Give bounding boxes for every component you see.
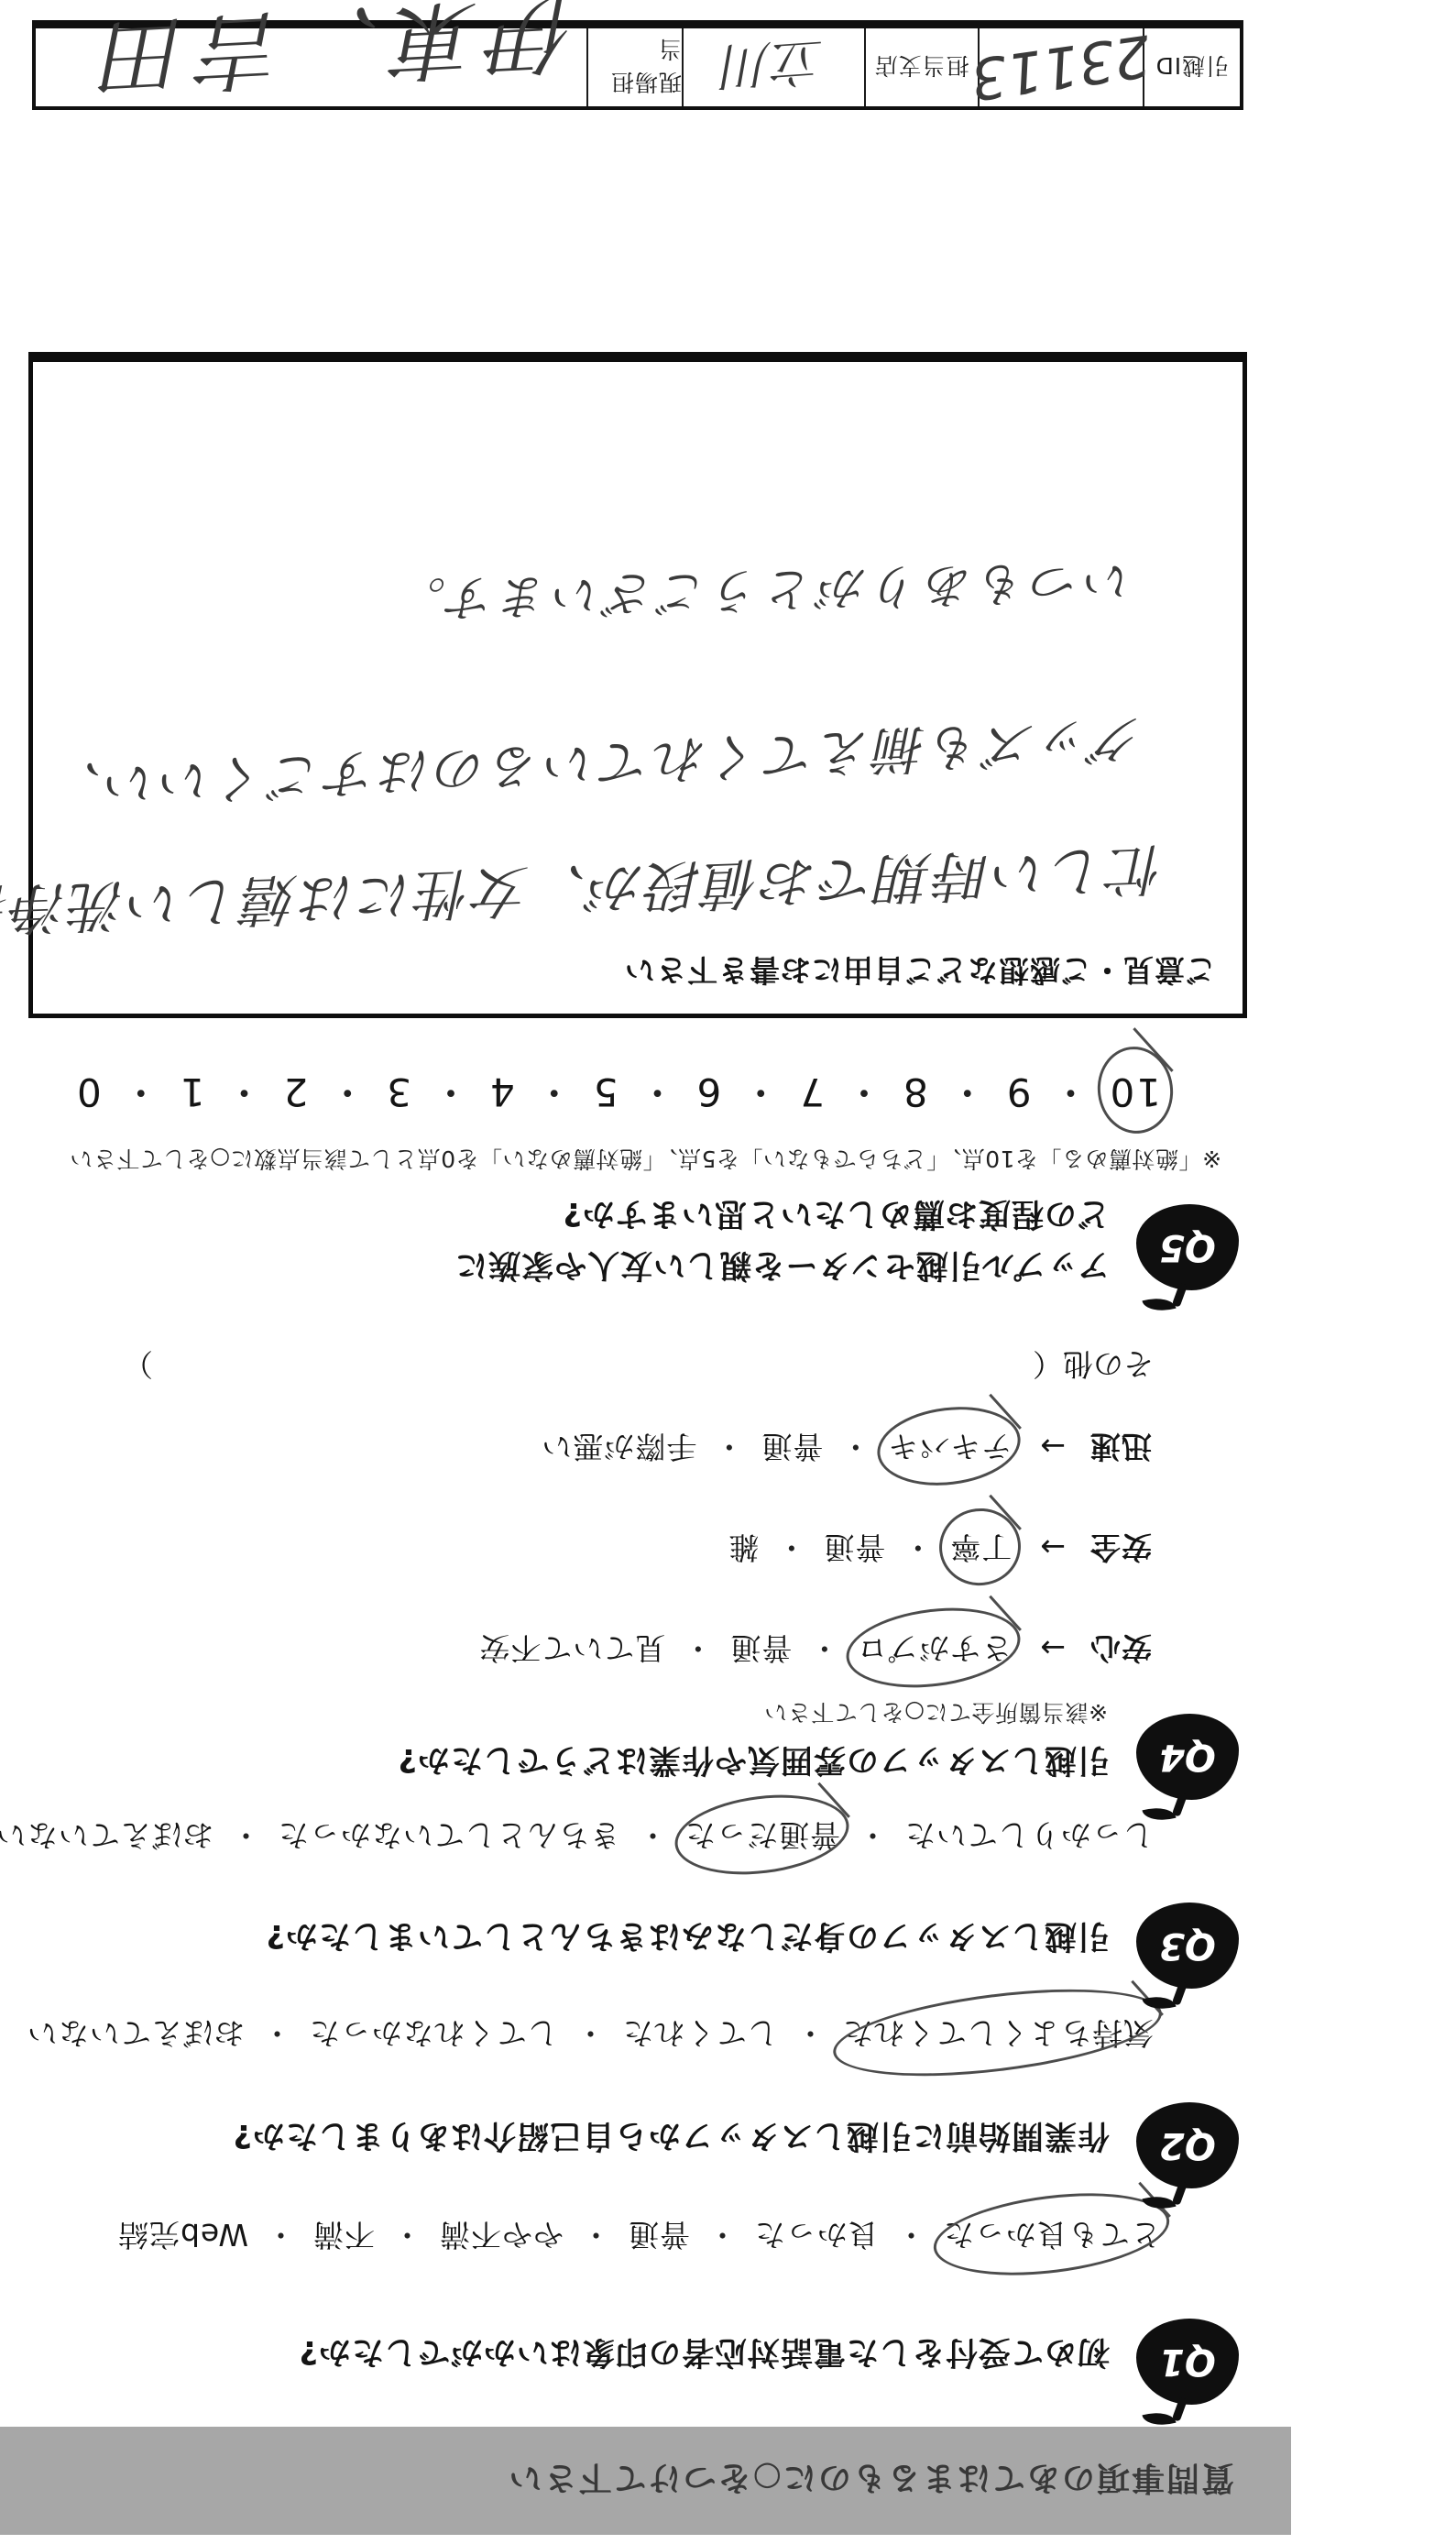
q1-badge-label: Q1 — [1159, 2341, 1216, 2383]
option-おぼえていない[interactable]: おぼえていない — [0, 1815, 213, 1859]
q4-row-anshin-options: さすがプロ・普通・見ていて不安 — [478, 1630, 1012, 1666]
option-してくれた[interactable]: してくれた — [622, 2013, 778, 2056]
option-おぼえていない[interactable]: おぼえていない — [27, 2013, 245, 2056]
option-separator: ・ — [843, 1069, 883, 1114]
moving-id-label: 引越ID — [1155, 51, 1230, 84]
option-separator: ・ — [580, 2217, 611, 2253]
q4-row-jinsoku-options: テキパキ・普通・手際が悪い — [541, 1429, 1012, 1464]
q5-note: ※「絶対薦める」を10点、「どちらでもない」を5点、「絶対薦めない」を0点として… — [70, 1144, 1221, 1177]
scanned-survey-sheet: 質問事項のあてはまるものに○をつけて下さい Q1 初めて受付をした電話対応者の印… — [0, 0, 1456, 2544]
branch-value-cell[interactable]: 立川 — [682, 28, 864, 106]
q4-badge-label: Q4 — [1159, 1736, 1216, 1778]
q1-options: とても良かった・良かった・普通・やや不満・不満・Web完結 — [117, 2215, 1161, 2258]
comment-box-header: ご意見・ご感想などご自由にお書き下さい — [624, 950, 1216, 993]
option-separator: ・ — [1050, 1069, 1090, 1114]
option-separator: ・ — [857, 1817, 888, 1853]
option-9[interactable]: 9 — [1005, 1069, 1032, 1114]
instruction-bar-text: 質問事項のあてはまるものに○をつけて下さい — [508, 2458, 1234, 2505]
q4-row-anzen: 安全→丁寧・普通・雑 — [728, 1528, 1152, 1571]
option-2[interactable]: 2 — [282, 1069, 309, 1114]
option-普通[interactable]: 普通 — [729, 1628, 792, 1672]
q5-question-line1: アップル引越センターを親しい友人や家族に — [454, 1245, 1110, 1290]
q4-row-anzen-options: 丁寧・普通・雑 — [728, 1530, 1012, 1565]
option-separator: ・ — [902, 1530, 933, 1565]
q2-options: 気持ちよくしてくれた・してくれた・してくれなかった・おぼえていない — [27, 2013, 1154, 2056]
option-見ていて不安[interactable]: 見ていて不安 — [478, 1628, 665, 1672]
option-0[interactable]: 0 — [75, 1069, 102, 1114]
option-10-circled[interactable]: 10 — [1109, 1069, 1161, 1114]
option-Web完結[interactable]: Web完結 — [117, 2215, 248, 2258]
option-separator: ・ — [794, 2015, 826, 2051]
option-separator: ・ — [326, 1069, 367, 1114]
option-separator: ・ — [706, 2217, 738, 2253]
q4-row-jinsoku: 迅速→テキパキ・普通・手際が悪い — [541, 1427, 1152, 1470]
option-普通[interactable]: 普通 — [628, 2215, 690, 2258]
option-丁寧-circled[interactable]: 丁寧 — [949, 1528, 1012, 1571]
moving-id-handwritten-value: 23113 — [967, 22, 1155, 114]
q2-question-text: 作業開始前に引越しスタッフから自己紹介はありましたか? — [233, 2115, 1110, 2161]
apple-leaf-icon — [1142, 1293, 1176, 1316]
survey-page-rotated-180: 質問事項のあてはまるものに○をつけて下さい Q1 初めて受付をした電話対応者の印… — [0, 0, 1456, 2544]
option-separator: ・ — [533, 1069, 574, 1114]
option-3[interactable]: 3 — [385, 1069, 411, 1114]
q4-row-jinsoku-label: 迅速 — [1089, 1429, 1152, 1464]
option-separator: ・ — [575, 2015, 606, 2051]
option-separator: ・ — [224, 1069, 264, 1114]
moving-id-label-cell: 引越ID — [1143, 28, 1240, 106]
option-きちんとしていなかった[interactable]: きちんとしていなかった — [278, 1815, 620, 1859]
staff-info-table: 引越ID 23113 担当支店 立川 現場担当 伊東、吉田 — [32, 20, 1243, 110]
option-separator: ・ — [637, 1069, 677, 1114]
option-separator: ・ — [739, 1069, 780, 1114]
q4-row-anshin-label: 安心 — [1089, 1630, 1152, 1666]
option-6[interactable]: 6 — [695, 1069, 722, 1114]
q4-question-text: 引越しスタッフの雰囲気や作業はどうでしたか? — [398, 1739, 1110, 1785]
option-5[interactable]: 5 — [592, 1069, 619, 1114]
staff-handwritten-value: 伊東、吉田 — [89, 0, 580, 125]
option-separator: ・ — [839, 1429, 870, 1464]
option-普通[interactable]: 普通 — [823, 1528, 885, 1571]
option-気持ちよくしてくれた-circled[interactable]: 気持ちよくしてくれた — [842, 2013, 1154, 2056]
q3-options: しっかりしていた・普通だった・きちんとしていなかった・おぼえていない — [0, 1815, 1154, 1859]
branch-handwritten-value: 立川 — [720, 27, 827, 108]
arrow-right-icon: → — [1039, 1429, 1066, 1464]
moving-id-value-cell[interactable]: 23113 — [978, 28, 1143, 106]
instruction-bar: 質問事項のあてはまるものに○をつけて下さい — [0, 2427, 1291, 2535]
option-separator: ・ — [947, 1069, 987, 1114]
option-separator: ・ — [120, 1069, 160, 1114]
option-separator: ・ — [775, 1530, 806, 1565]
option-1[interactable]: 1 — [179, 1069, 205, 1114]
staff-label: 現場担当 — [588, 35, 682, 101]
option-普通[interactable]: 普通 — [761, 1427, 823, 1470]
q3-question-text: 引越しスタッフの身だしなみはきちんとしていましたか? — [266, 1915, 1110, 1961]
arrow-right-icon: → — [1039, 1630, 1066, 1666]
option-とても良かった-circled[interactable]: とても良かった — [943, 2215, 1161, 2258]
option-separator: ・ — [637, 1817, 668, 1853]
option-しっかりしていた[interactable]: しっかりしていた — [904, 1815, 1154, 1859]
q1-question-text: 初めて受付をした電話対応者の印象はいかがでしたか? — [299, 2331, 1110, 2377]
q1-badge-apple-icon: Q1 — [1136, 2319, 1239, 2405]
q5-question-line2: どの程度お薦めしたいと思いますか? — [563, 1193, 1110, 1239]
option-separator: ・ — [391, 2217, 422, 2253]
option-separator: ・ — [261, 2015, 292, 2051]
q4-row-anzen-label: 安全 — [1089, 1530, 1152, 1565]
staff-label-cell: 現場担当 — [586, 28, 682, 106]
q4-row-anshin: 安心→さすがプロ・普通・見ていて不安 — [478, 1628, 1152, 1672]
q3-badge-label: Q3 — [1159, 1924, 1216, 1967]
option-separator: ・ — [682, 1630, 713, 1666]
arrow-right-icon: → — [1039, 1530, 1066, 1565]
option-separator: ・ — [265, 2217, 296, 2253]
q3-badge-apple-icon: Q3 — [1136, 1903, 1239, 1989]
branch-label: 担当支店 — [874, 51, 969, 84]
q4-badge-apple-icon: Q4 — [1136, 1714, 1239, 1800]
q2-badge-label: Q2 — [1159, 2124, 1216, 2166]
q4-note: ※該当箇所全てに○をして下さい — [764, 1697, 1108, 1730]
option-手際が悪い[interactable]: 手際が悪い — [541, 1427, 696, 1470]
option-separator: ・ — [430, 1069, 470, 1114]
q4-other-row[interactable]: その他（） — [123, 1344, 1154, 1387]
q2-badge-apple-icon: Q2 — [1136, 2102, 1239, 2188]
option-separator: ・ — [895, 2217, 926, 2253]
option-やや不満[interactable]: やや不満 — [439, 2215, 564, 2258]
option-separator: ・ — [713, 1429, 744, 1464]
option-不満[interactable]: 不満 — [312, 2215, 375, 2258]
option-テキパキ-circled[interactable]: テキパキ — [887, 1427, 1012, 1470]
q4-other-label: その他（ — [1033, 1346, 1154, 1382]
option-separator: ・ — [808, 1630, 839, 1666]
option-してくれなかった[interactable]: してくれなかった — [309, 2013, 558, 2056]
branch-label-cell: 担当支店 — [864, 28, 978, 106]
option-良かった[interactable]: 良かった — [754, 2215, 879, 2258]
q5-badge-apple-icon: Q5 — [1136, 1204, 1239, 1290]
q5-badge-label: Q5 — [1159, 1226, 1216, 1268]
option-さすがプロ-circled[interactable]: さすがプロ — [856, 1628, 1012, 1672]
option-8[interactable]: 8 — [902, 1069, 928, 1114]
option-雑[interactable]: 雑 — [728, 1528, 759, 1571]
q5-score-scale: 10・9・8・7・6・5・4・3・2・1・0 — [75, 1067, 1161, 1122]
option-separator: ・ — [230, 1817, 261, 1853]
q4-other-close: ） — [123, 1346, 153, 1382]
option-4[interactable]: 4 — [488, 1069, 515, 1114]
option-7[interactable]: 7 — [798, 1069, 825, 1114]
option-普通だった-circled[interactable]: 普通だった — [684, 1815, 840, 1859]
staff-value-cell[interactable]: 伊東、吉田 — [36, 28, 586, 106]
